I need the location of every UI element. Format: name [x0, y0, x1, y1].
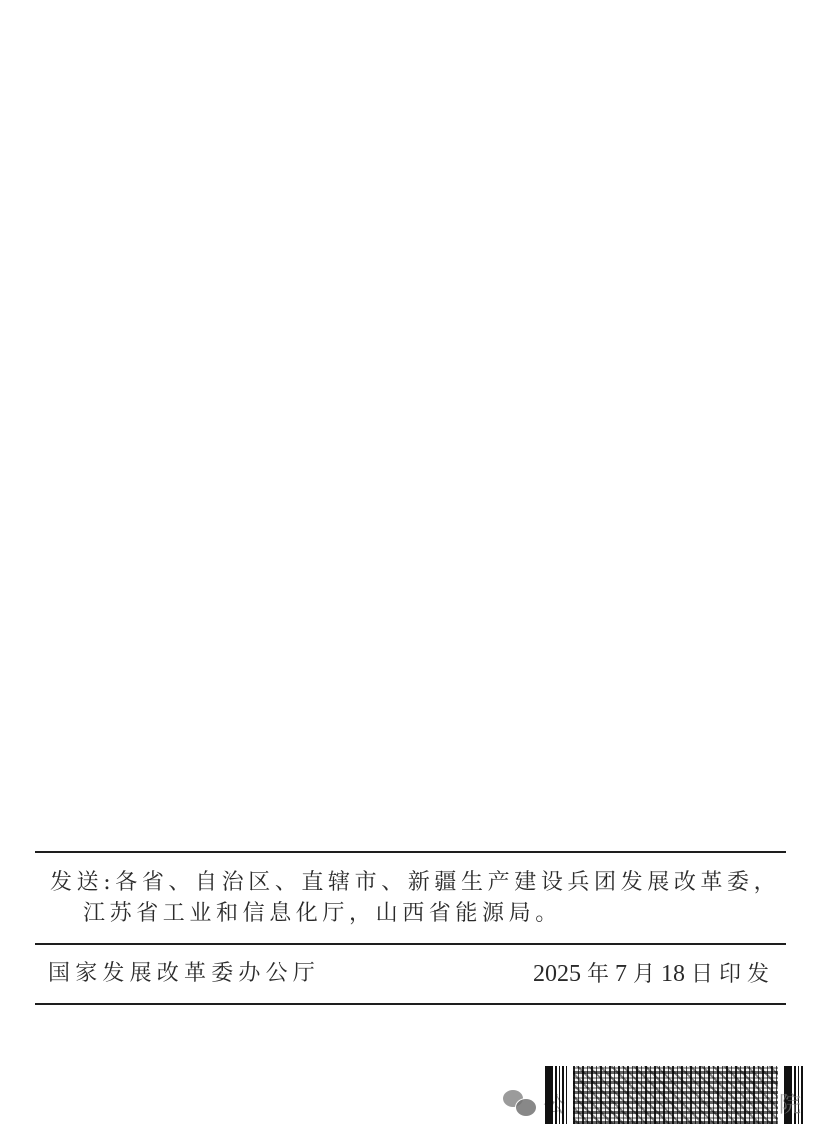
distribution-label: 发送:: [50, 870, 115, 895]
distribution-line-1: 发送:各省、自治区、直辖市、新疆生产建设兵团发展改革委，: [50, 870, 780, 896]
date-month: 7: [615, 961, 627, 987]
barcode-start-pattern: [545, 1066, 567, 1124]
distribution-recipients-1: 各省、自治区、直辖市、新疆生产建设兵团发展改革委，: [115, 870, 780, 895]
issuing-office: 国家发展改革委办公厅: [48, 961, 320, 987]
issue-date: 2025年7月18日印发: [533, 961, 775, 988]
watermark-text-end: 院: [779, 1088, 801, 1119]
bottom-rule: [35, 1003, 786, 1005]
wechat-icon: [503, 1090, 539, 1118]
date-month-unit: 月: [633, 962, 655, 987]
date-year: 2025: [533, 961, 581, 987]
pdf417-barcode: [545, 1066, 803, 1124]
date-year-unit: 年: [587, 962, 609, 987]
middle-rule: [35, 943, 786, 945]
top-rule: [35, 851, 786, 853]
date-day-suffix: 日印发: [691, 962, 775, 987]
distribution-line-2: 江苏省工业和信息化厅，山西省能源局。: [83, 901, 562, 927]
date-day: 18: [661, 961, 685, 987]
barcode-data: [573, 1066, 778, 1124]
distribution-recipients-2: 江苏省工业和信息化厅，山西省能源局。: [83, 901, 562, 926]
